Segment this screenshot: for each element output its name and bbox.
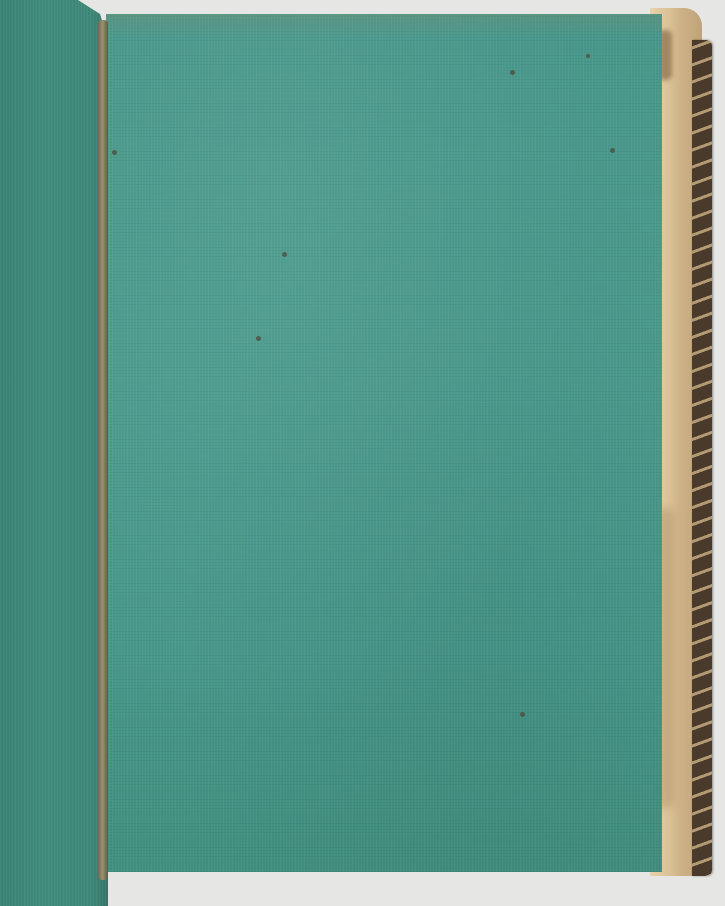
- stain-spot: [520, 712, 525, 717]
- book-photo: [0, 0, 725, 906]
- stain-spot: [112, 150, 117, 155]
- left-flyleaf: [0, 0, 108, 906]
- book-hinge: [98, 20, 108, 880]
- stain-spot: [586, 54, 590, 58]
- marbled-cover-edge: [692, 40, 712, 876]
- stain-spot: [510, 70, 515, 75]
- green-cloth-endpaper: [106, 14, 662, 872]
- stain-spot: [610, 148, 615, 153]
- stain-spot: [256, 336, 261, 341]
- stain-spot: [282, 252, 287, 257]
